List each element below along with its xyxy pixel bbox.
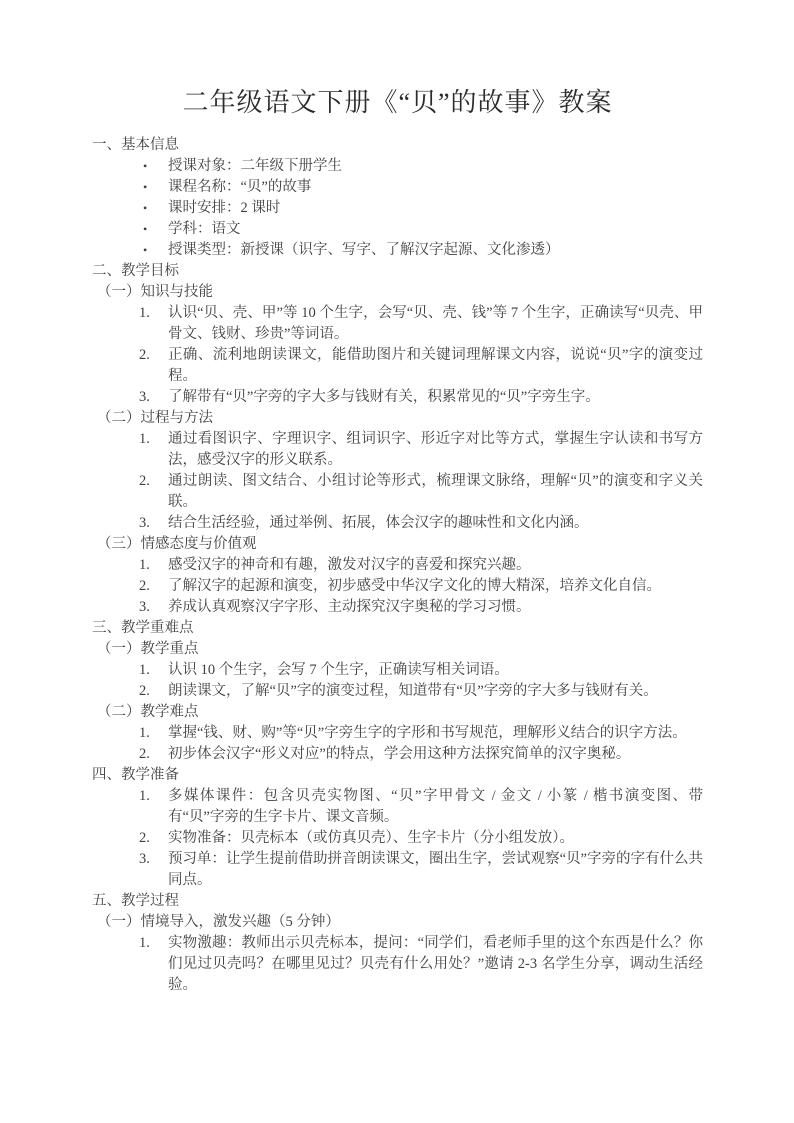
bullet-icon: • xyxy=(143,156,168,177)
document-page: 二年级语文下册《“贝”的故事》教案 一、基本信息 • 授课对象：二年级下册学生 … xyxy=(0,0,794,1123)
item-number: 2. xyxy=(139,681,168,702)
item-text: 了解带有“贝”字旁的字大多与钱财有关，积累常见的“贝”字旁生字。 xyxy=(168,387,703,408)
list-item: 1. 通过看图识字、字理识字、组词识字、形近字对比等方式，掌握生字认读和书写方法… xyxy=(139,429,703,471)
section-teaching-preparation: 四、教学准备 1. 多媒体课件：包含贝壳实物图、“贝”字甲骨文 / 金文 / 小… xyxy=(92,765,703,891)
item-number: 3. xyxy=(139,387,168,408)
item-number: 1. xyxy=(139,786,168,828)
item-text: 通过看图识字、字理识字、组词识字、形近字对比等方式，掌握生字认读和书写方法，感受… xyxy=(168,429,703,471)
bullet-item: • 课时安排：2 课时 xyxy=(143,198,703,219)
list-item: 3. 预习单：让学生提前借助拼音朗读课文，圈出生字，尝试观察“贝”字旁的字有什么… xyxy=(139,849,703,891)
item-text: 预习单：让学生提前借助拼音朗读课文，圈出生字，尝试观察“贝”字旁的字有什么共同点… xyxy=(168,849,703,891)
section-heading: 一、基本信息 xyxy=(92,135,703,156)
subsection-heading: （二）过程与方法 xyxy=(97,408,703,429)
item-text: 认识“贝、壳、甲”等 10 个生字，会写“贝、壳、钱”等 7 个生字，正确读写“… xyxy=(168,303,703,345)
item-text: 实物准备：贝壳标本（或仿真贝壳）、生字卡片（分小组发放）。 xyxy=(168,828,703,849)
bullet-item: • 课程名称：“贝”的故事 xyxy=(143,177,703,198)
item-number: 1. xyxy=(139,660,168,681)
subsection-heading: （一）情境导入，激发兴趣（5 分钟） xyxy=(97,912,703,933)
list-item: 1. 掌握“钱、财、购”等“贝”字旁生字的字形和书写规范，理解形义结合的识字方法… xyxy=(139,723,703,744)
numbered-list: 1. 掌握“钱、财、购”等“贝”字旁生字的字形和书写规范，理解形义结合的识字方法… xyxy=(92,723,703,765)
bullet-item: • 授课对象：二年级下册学生 xyxy=(143,156,703,177)
item-number: 2. xyxy=(139,828,168,849)
subsection-heading: （一）教学重点 xyxy=(97,639,703,660)
item-number: 2. xyxy=(139,576,168,597)
subsection-heading: （二）教学难点 xyxy=(97,702,703,723)
list-item: 3. 了解带有“贝”字旁的字大多与钱财有关，积累常见的“贝”字旁生字。 xyxy=(139,387,703,408)
section-heading: 四、教学准备 xyxy=(92,765,703,786)
page-title: 二年级语文下册《“贝”的故事》教案 xyxy=(92,86,703,120)
list-item: 2. 了解汉字的起源和演变，初步感受中华汉字文化的博大精深，培养文化自信。 xyxy=(139,576,703,597)
numbered-list: 1. 认识“贝、壳、甲”等 10 个生字，会写“贝、壳、钱”等 7 个生字，正确… xyxy=(92,303,703,408)
numbered-list: 1. 多媒体课件：包含贝壳实物图、“贝”字甲骨文 / 金文 / 小篆 / 楷书演… xyxy=(92,786,703,891)
item-number: 2. xyxy=(139,744,168,765)
list-item: 1. 实物激趣：教师出示贝壳标本，提问：“同学们，看老师手里的这个东西是什么？你… xyxy=(139,933,703,996)
item-text: 了解汉字的起源和演变，初步感受中华汉字文化的博大精深，培养文化自信。 xyxy=(168,576,703,597)
item-number: 1. xyxy=(139,933,168,996)
section-key-difficult-points: 三、教学重难点 （一）教学重点 1. 认识 10 个生字，会写 7 个生字，正确… xyxy=(92,618,703,765)
item-text: 感受汉字的神奇和有趣，激发对汉字的喜爱和探究兴趣。 xyxy=(168,555,703,576)
list-item: 1. 认识 10 个生字，会写 7 个生字，正确读写相关词语。 xyxy=(139,660,703,681)
item-text: 养成认真观察汉字字形、主动探究汉字奥秘的学习习惯。 xyxy=(168,597,703,618)
item-text: 正确、流利地朗读课文，能借助图片和关键词理解课文内容，说说“贝”字的演变过程。 xyxy=(168,345,703,387)
bullet-icon: • xyxy=(143,240,168,261)
list-item: 3. 结合生活经验，通过举例、拓展，体会汉字的趣味性和文化内涵。 xyxy=(139,513,703,534)
bullet-icon: • xyxy=(143,198,168,219)
bullet-item: • 授课类型：新授课（识字、写字、了解汉字起源、文化渗透） xyxy=(143,240,703,261)
item-number: 1. xyxy=(139,303,168,345)
bullet-text: 授课类型：新授课（识字、写字、了解汉字起源、文化渗透） xyxy=(168,240,703,261)
bullet-text: 学科：语文 xyxy=(168,219,703,240)
list-item: 3. 养成认真观察汉字字形、主动探究汉字奥秘的学习习惯。 xyxy=(139,597,703,618)
item-number: 3. xyxy=(139,513,168,534)
item-text: 结合生活经验，通过举例、拓展，体会汉字的趣味性和文化内涵。 xyxy=(168,513,703,534)
section-heading: 三、教学重难点 xyxy=(92,618,703,639)
item-number: 2. xyxy=(139,345,168,387)
bullet-item: • 学科：语文 xyxy=(143,219,703,240)
item-text: 初步体会汉字“形义对应”的特点，学会用这种方法探究简单的汉字奥秘。 xyxy=(168,744,703,765)
bullet-icon: • xyxy=(143,219,168,240)
list-item: 1. 认识“贝、壳、甲”等 10 个生字，会写“贝、壳、钱”等 7 个生字，正确… xyxy=(139,303,703,345)
section-heading: 二、教学目标 xyxy=(92,261,703,282)
bullet-text: 授课对象：二年级下册学生 xyxy=(168,156,703,177)
list-item: 2. 实物准备：贝壳标本（或仿真贝壳）、生字卡片（分小组发放）。 xyxy=(139,828,703,849)
numbered-list: 1. 认识 10 个生字，会写 7 个生字，正确读写相关词语。 2. 朗读课文，… xyxy=(92,660,703,702)
bullet-list: • 授课对象：二年级下册学生 • 课程名称：“贝”的故事 • 课时安排：2 课时… xyxy=(92,156,703,261)
item-text: 多媒体课件：包含贝壳实物图、“贝”字甲骨文 / 金文 / 小篆 / 楷书演变图、… xyxy=(168,786,703,828)
item-text: 掌握“钱、财、购”等“贝”字旁生字的字形和书写规范，理解形义结合的识字方法。 xyxy=(168,723,703,744)
item-number: 1. xyxy=(139,723,168,744)
item-text: 认识 10 个生字，会写 7 个生字，正确读写相关词语。 xyxy=(168,660,703,681)
section-basic-info: 一、基本信息 • 授课对象：二年级下册学生 • 课程名称：“贝”的故事 • 课时… xyxy=(92,135,703,261)
section-teaching-process: 五、教学过程 （一）情境导入，激发兴趣（5 分钟） 1. 实物激趣：教师出示贝壳… xyxy=(92,891,703,996)
numbered-list: 1. 实物激趣：教师出示贝壳标本，提问：“同学们，看老师手里的这个东西是什么？你… xyxy=(92,933,703,996)
bullet-text: 课程名称：“贝”的故事 xyxy=(168,177,703,198)
item-number: 3. xyxy=(139,849,168,891)
section-teaching-goals: 二、教学目标 （一）知识与技能 1. 认识“贝、壳、甲”等 10 个生字，会写“… xyxy=(92,261,703,618)
list-item: 2. 初步体会汉字“形义对应”的特点，学会用这种方法探究简单的汉字奥秘。 xyxy=(139,744,703,765)
item-number: 1. xyxy=(139,555,168,576)
list-item: 1. 感受汉字的神奇和有趣，激发对汉字的喜爱和探究兴趣。 xyxy=(139,555,703,576)
item-number: 3. xyxy=(139,597,168,618)
bullet-text: 课时安排：2 课时 xyxy=(168,198,703,219)
item-number: 2. xyxy=(139,471,168,513)
numbered-list: 1. 通过看图识字、字理识字、组词识字、形近字对比等方式，掌握生字认读和书写方法… xyxy=(92,429,703,534)
subsection-heading: （三）情感态度与价值观 xyxy=(97,534,703,555)
item-number: 1. xyxy=(139,429,168,471)
subsection-heading: （一）知识与技能 xyxy=(97,282,703,303)
list-item: 1. 多媒体课件：包含贝壳实物图、“贝”字甲骨文 / 金文 / 小篆 / 楷书演… xyxy=(139,786,703,828)
numbered-list: 1. 感受汉字的神奇和有趣，激发对汉字的喜爱和探究兴趣。 2. 了解汉字的起源和… xyxy=(92,555,703,618)
list-item: 2. 通过朗读、图文结合、小组讨论等形式，梳理课文脉络，理解“贝”的演变和字义关… xyxy=(139,471,703,513)
item-text: 通过朗读、图文结合、小组讨论等形式，梳理课文脉络，理解“贝”的演变和字义关联。 xyxy=(168,471,703,513)
item-text: 实物激趣：教师出示贝壳标本，提问：“同学们，看老师手里的这个东西是什么？你们见过… xyxy=(168,933,703,996)
list-item: 2. 正确、流利地朗读课文，能借助图片和关键词理解课文内容，说说“贝”字的演变过… xyxy=(139,345,703,387)
bullet-icon: • xyxy=(143,177,168,198)
section-heading: 五、教学过程 xyxy=(92,891,703,912)
list-item: 2. 朗读课文，了解“贝”字的演变过程，知道带有“贝”字旁的字大多与钱财有关。 xyxy=(139,681,703,702)
item-text: 朗读课文，了解“贝”字的演变过程，知道带有“贝”字旁的字大多与钱财有关。 xyxy=(168,681,703,702)
